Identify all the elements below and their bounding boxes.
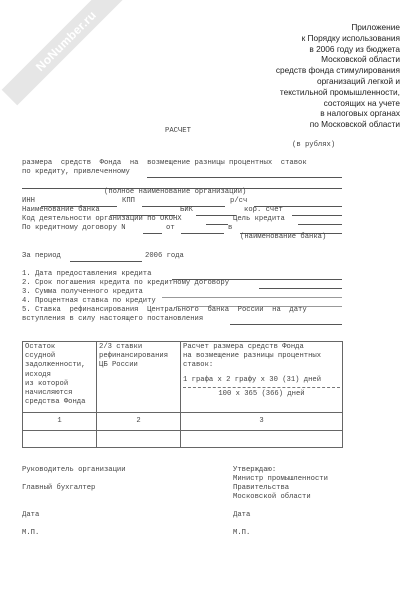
item-3-label: 3. Сумма полученного кредита [22,288,143,296]
document-title: РАСЧЕТ [165,127,191,135]
appendix-line: текстильной промышленности, [276,87,400,98]
minister-line-2: Правительства [233,484,289,492]
formula-numerator: 1 графа x 2 графу x 30 (31) дней [183,376,340,385]
bank-name-label: Наименование банка [22,206,100,214]
header-text: 2/3 ставки [99,343,178,352]
header-col-3: Расчет размера средств Фонда на возмещен… [181,342,343,413]
intro-line-2: по кредиту, привлеченному [22,168,130,176]
appendix-line: организаций легкой и [276,76,400,87]
header-text: Расчет размера средств Фонда [183,343,340,352]
minister-line-1: Министр промышленности [233,475,328,483]
intro-line-1: размера средств Фонда на возмещение разн… [22,159,307,167]
header-text: начисляются [25,389,94,398]
header-text: задолженности, [25,361,94,370]
item-5-label-cont: вступления в силу настоящего постановлен… [22,315,203,323]
org-caption: (полное наименование организации) [104,188,246,196]
inn-label: ИНН [22,197,35,205]
column-number: 1 [23,413,97,431]
org-name-field[interactable] [147,177,342,178]
kpp-label: КПП [122,197,135,205]
corr-account-field[interactable] [292,215,342,216]
right-date-label: Дата [233,511,250,519]
table-cell-input[interactable] [97,431,181,448]
appendix-line: в налоговых органах [276,108,400,119]
item-5-label: 5. Ставка рефинансирования Центрального … [22,306,307,314]
header-text: ЦБ России [99,361,178,370]
header-col-1: Остаток ссудной задолженности, исходя из… [23,342,97,413]
credit-purpose-label: Цель кредита [233,215,285,223]
column-number: 2 [97,413,181,431]
table-header-row: Остаток ссудной задолженности, исходя из… [23,342,343,413]
bank-caption: (наименование банка) [240,233,326,241]
chief-accountant-label: Главный бухгалтер [22,484,95,492]
units-note: (в рублях) [292,141,335,149]
contract-no-field[interactable] [143,233,162,234]
minister-line-3: Московской области [233,493,311,501]
appendix-line: по Московской области [276,119,400,130]
credit-amount-field[interactable] [162,297,342,298]
bik-field[interactable] [196,215,236,216]
contract-in-label: в [228,224,232,232]
table-row [23,431,343,448]
corr-account-label: кор. счет [244,206,283,214]
right-stamp-label: М.П. [233,529,250,537]
table-cell-input[interactable] [23,431,97,448]
column-number: 3 [181,413,343,431]
header-text: средства Фонда [25,398,94,407]
contract-date-field[interactable] [181,233,224,234]
period-label: За период [22,252,61,260]
account-label: р/сч [230,197,247,205]
formula-denominator: 100 x 365 (366) дней [183,390,340,399]
appendix-line: к Порядку использования [276,33,400,44]
period-field[interactable] [70,261,142,262]
appendix-line: состоящих на учете [276,98,400,109]
header-text: из которой [25,380,94,389]
fraction-line [183,387,340,388]
left-date-label: Дата [22,511,39,519]
header-text: ссудной [25,352,94,361]
appendix-line: средств фонда стимулирования [276,65,400,76]
contract-from-label: от [166,224,175,232]
repayment-term-field[interactable] [259,288,342,289]
left-stamp-label: М.П. [22,529,39,537]
header-text: на возмещение разницы процентных [183,352,340,361]
okonh-label: Код деятельности организации по ОКОНХ [22,215,182,223]
calculation-table: Остаток ссудной задолженности, исходя из… [22,341,343,448]
approve-label: Утверждаю: [233,466,276,474]
header-col-2: 2/3 ставки рефинансирования ЦБ России [97,342,181,413]
header-text: рефинансирования [99,352,178,361]
item-2-label: 2. Срок погашения кредита по кредитному … [22,279,229,287]
item-1-label: 1. Дата предоставления кредита [22,270,151,278]
credit-purpose-field[interactable] [298,224,342,225]
contract-no-label: По кредитному договору N [22,224,126,232]
appendix-line: Приложение [276,22,400,33]
header-text: исходя [25,371,94,380]
head-of-org-label: Руководитель организации [22,466,126,474]
header-text: ставок: [183,361,340,370]
table-cell-input[interactable] [181,431,343,448]
item-4-label: 4. Процентная ставка по кредиту [22,297,156,305]
bik-label: БИК [180,206,193,214]
appendix-line: в 2006 году из бюджета [276,44,400,55]
okonh-field[interactable] [206,224,228,225]
refinancing-rate-field[interactable] [230,324,342,325]
period-year: 2006 года [145,252,184,260]
appendix-line: Московской области [276,54,400,65]
appendix-header: Приложение к Порядку использования в 200… [276,22,400,130]
table-number-row: 1 2 3 [23,413,343,431]
header-text: Остаток [25,343,94,352]
watermark: NoNumber.ru [2,0,131,105]
